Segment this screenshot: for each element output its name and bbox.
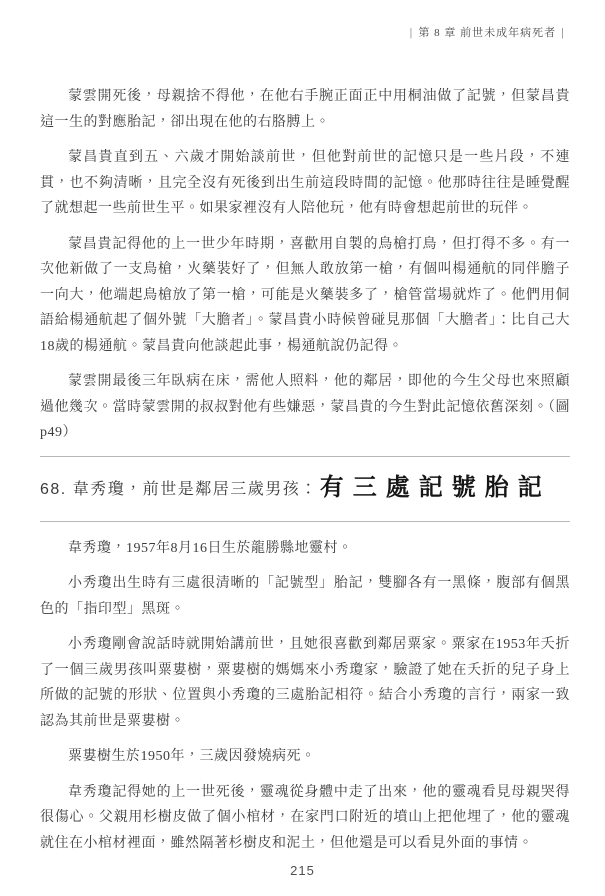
paragraph: 小秀瓊剛會說話時就開始講前世，且她很喜歡到鄰居粟家。粟家在1953年夭折了一個三… (40, 632, 570, 734)
paragraph: 蒙昌貴記得他的上一世少年時期，喜歡用自製的鳥槍打鳥，但打得不多。有一次他新做了一… (40, 232, 570, 360)
header-bar-left: | (405, 27, 419, 39)
running-header: |第 8 章 前世未成年病死者| (0, 0, 605, 40)
chapter-label: 第 8 章 前世未成年病死者 (418, 27, 556, 39)
page-content: 蒙雲開死後，母親捨不得他，在他右手腕正面正中用桐油做了記號，但蒙昌貴這一生的對應… (0, 84, 605, 856)
paragraph: 蒙雲開死後，母親捨不得他，在他右手腕正面正中用桐油做了記號，但蒙昌貴這一生的對應… (40, 84, 570, 135)
section-number: 68. (40, 481, 67, 498)
section-title: 韋秀瓊，前世是鄰居三歲男孩： (67, 481, 318, 498)
section-heading: 68. 韋秀瓊，前世是鄰居三歲男孩：有三處記號胎記 (40, 456, 570, 522)
book-page: |第 8 章 前世未成年病死者| 蒙雲開死後，母親捨不得他，在他右手腕正面正中用… (0, 0, 605, 896)
paragraph: 蒙昌貴直到五、六歲才開始談前世，但他對前世的記憶只是一些片段，不連貫，也不夠清晰… (40, 145, 570, 222)
section-title-emphasis: 有三處記號胎記 (320, 474, 551, 501)
paragraph: 蒙雲開最後三年臥病在床，需他人照料，他的鄰居，即他的今生父母也來照顧過他幾次。當… (40, 369, 570, 446)
header-bar-right: | (556, 27, 570, 39)
paragraph: 韋秀瓊記得她的上一世死後，靈魂從身體中走了出來，他的靈魂看見母親哭得很傷心。父親… (40, 780, 570, 857)
page-number: 215 (0, 863, 605, 878)
paragraph: 粟婁樹生於1950年，三歲因發燒病死。 (40, 744, 570, 770)
paragraph: 韋秀瓊，1957年8月16日生於龍勝縣地靈村。 (40, 536, 570, 562)
paragraph: 小秀瓊出生時有三處很清晰的「記號型」胎記，雙腳各有一黑條，腹部有個黑色的「指印型… (40, 571, 570, 622)
